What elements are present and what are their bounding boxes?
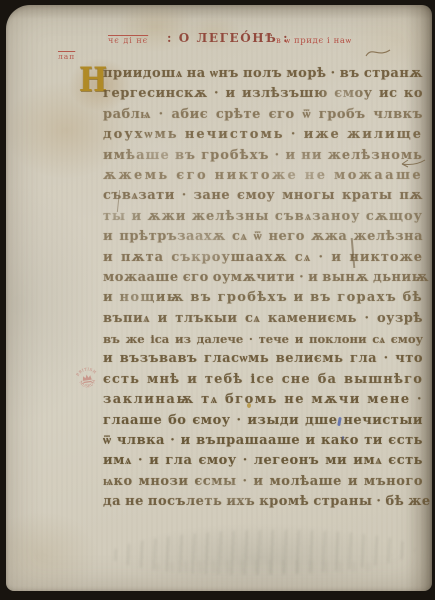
text-line: ѫжемь єго никтоже не можааше: [103, 166, 423, 186]
text-line: и пѫта съкроушаахѫ сѧ · и никтоже: [103, 248, 423, 268]
text-line: можааше єго оумѫчити · и вынѫ дьниѭ: [103, 268, 423, 288]
text-line: съвѧзати · зане ємоу многы краты пѫ: [103, 186, 423, 206]
text-line: и прѣтръзаахѫ сѧ ѿ него ѫжа желѣзна: [103, 227, 423, 247]
text-block: приидошѧ на ѡнъ полъ морѣ · въ странѫ ге…: [103, 64, 423, 513]
pen-flourish-mark: [364, 44, 392, 60]
text-line: ты и ѫжи желѣзны съвѧзаноу сѫщоу: [103, 207, 423, 227]
text-line: ѿ члвка · и въпрашааше и како ти єсть: [103, 431, 423, 451]
margin-chapter-gloss: лап: [58, 52, 75, 61]
liturgical-rubric-left: чє ді нє: [108, 36, 148, 45]
ink-speck-blue-small: [342, 436, 344, 440]
text-line: доухѡмь нечистомь · иже жилище: [103, 125, 423, 145]
text-line: и възъвавъ гласѡмь велиємь гла · что: [103, 349, 423, 369]
text-line: приидошѧ на ѡнъ полъ морѣ · въ странѫ: [103, 64, 423, 84]
text-line: заклинаѭ тѧ бгомь не мѫчи мене ·: [103, 390, 423, 410]
british-museum-stamp: BRITISH MUSEUM: [70, 361, 104, 395]
text-line: да не посълеть ихъ кромѣ страны · бѣ же: [103, 492, 423, 512]
chapter-title: : О ЛЕГЕО́НѢ :: [167, 31, 289, 45]
incipit-rubric-right: в ѡ придє і наѡ: [276, 35, 352, 46]
text-line: и нощиѭ въ гробѣхъ и въ горахъ бѣ: [103, 288, 423, 308]
margin-arrow-mark: [399, 156, 427, 170]
text-line: ѩко мнози єсмы · и молѣаше и мъного: [103, 472, 423, 492]
text-line: въпиѧ и тлъкыи сѧ камениємь · оузрѣ: [103, 309, 423, 329]
manuscript-photo: чє ді нє : О ЛЕГЕО́НѢ : в ѡ придє і наѡ …: [0, 0, 435, 600]
text-line: имѧ · и гла ємоу · легеонъ ми имѧ єсть: [103, 451, 423, 471]
text-line: раблѩ · абиє срѣте єго ѿ гробъ члвкъ: [103, 105, 423, 125]
text-line: глааше бо ємоу · изыди дше нечистыи: [103, 411, 423, 431]
text-line: гергесинскѫ · и излѣзъшю ємоу ис ко: [103, 84, 423, 104]
text-line: въ же іса из далече · тече и поклони сѧ …: [103, 329, 423, 349]
stamp-crown-icon: [82, 374, 92, 383]
text-line: имѣаше въ гробѣхъ · и ни желѣзномь: [103, 146, 423, 166]
text-line: єсть мнѣ и тебѣ ісе сне ба вышнѣго: [103, 370, 423, 390]
showthrough-ghost-text: [150, 560, 380, 574]
ink-speck-gold: [247, 403, 251, 408]
